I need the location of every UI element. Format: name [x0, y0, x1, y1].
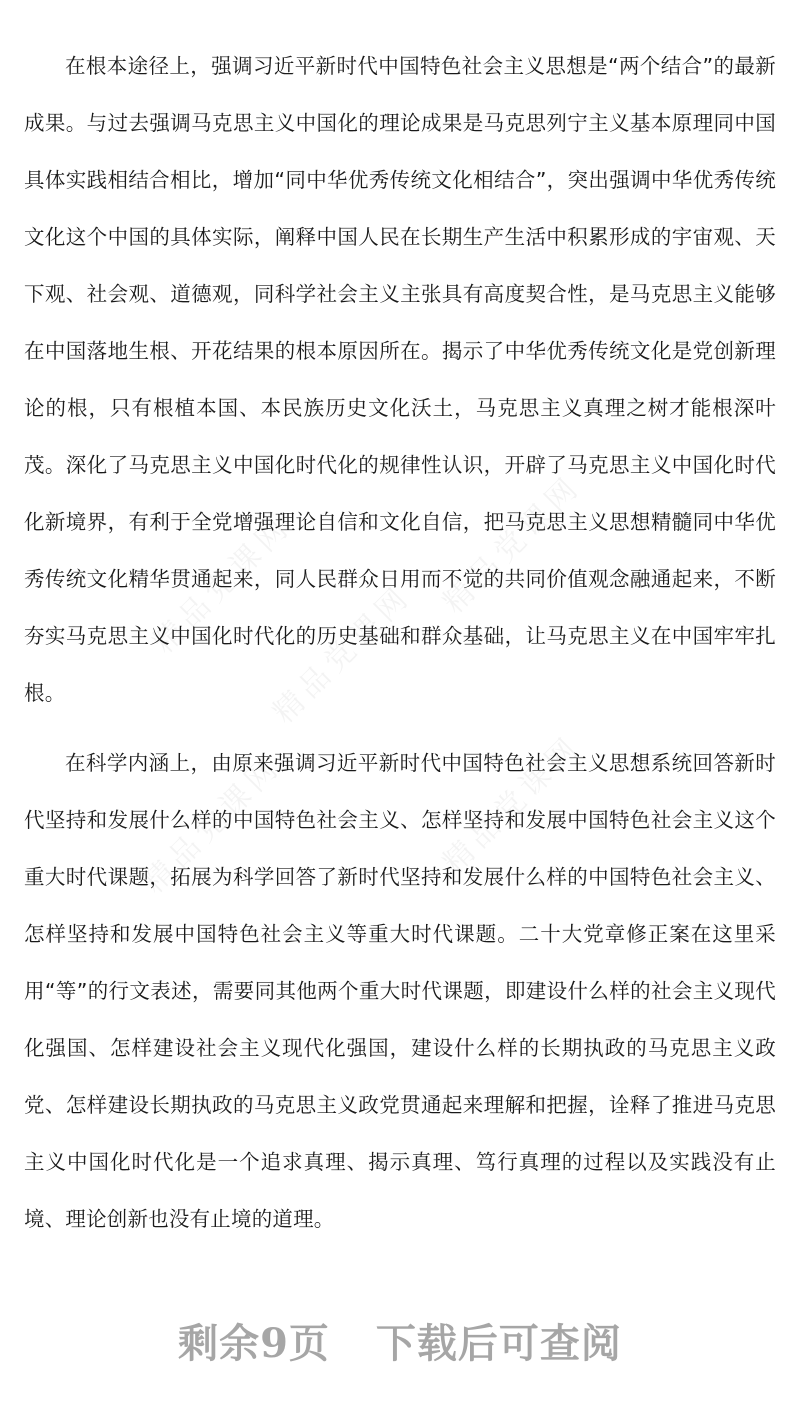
download-to-view-label: 下载后可查阅 — [376, 1320, 622, 1367]
paragraph-scientific-connotation: 在科学内涵上，由原来强调习近平新时代中国特色社会主义思想系统回答新时代坚持和发展… — [24, 735, 776, 1248]
download-prompt[interactable]: 剩余9页下载后可查阅 — [0, 1312, 800, 1369]
document-page: 精品党课网 精品党课网 精品党课网 精品党课网 精品党课网 在根本途径上，强调习… — [0, 0, 800, 1417]
remaining-pages-label: 剩余9页 — [178, 1320, 330, 1367]
document-body: 在根本途径上，强调习近平新时代中国特色社会主义思想是“两个结合”的最新成果。与过… — [24, 38, 776, 1248]
paragraph-fundamental-path: 在根本途径上，强调习近平新时代中国特色社会主义思想是“两个结合”的最新成果。与过… — [24, 38, 776, 722]
